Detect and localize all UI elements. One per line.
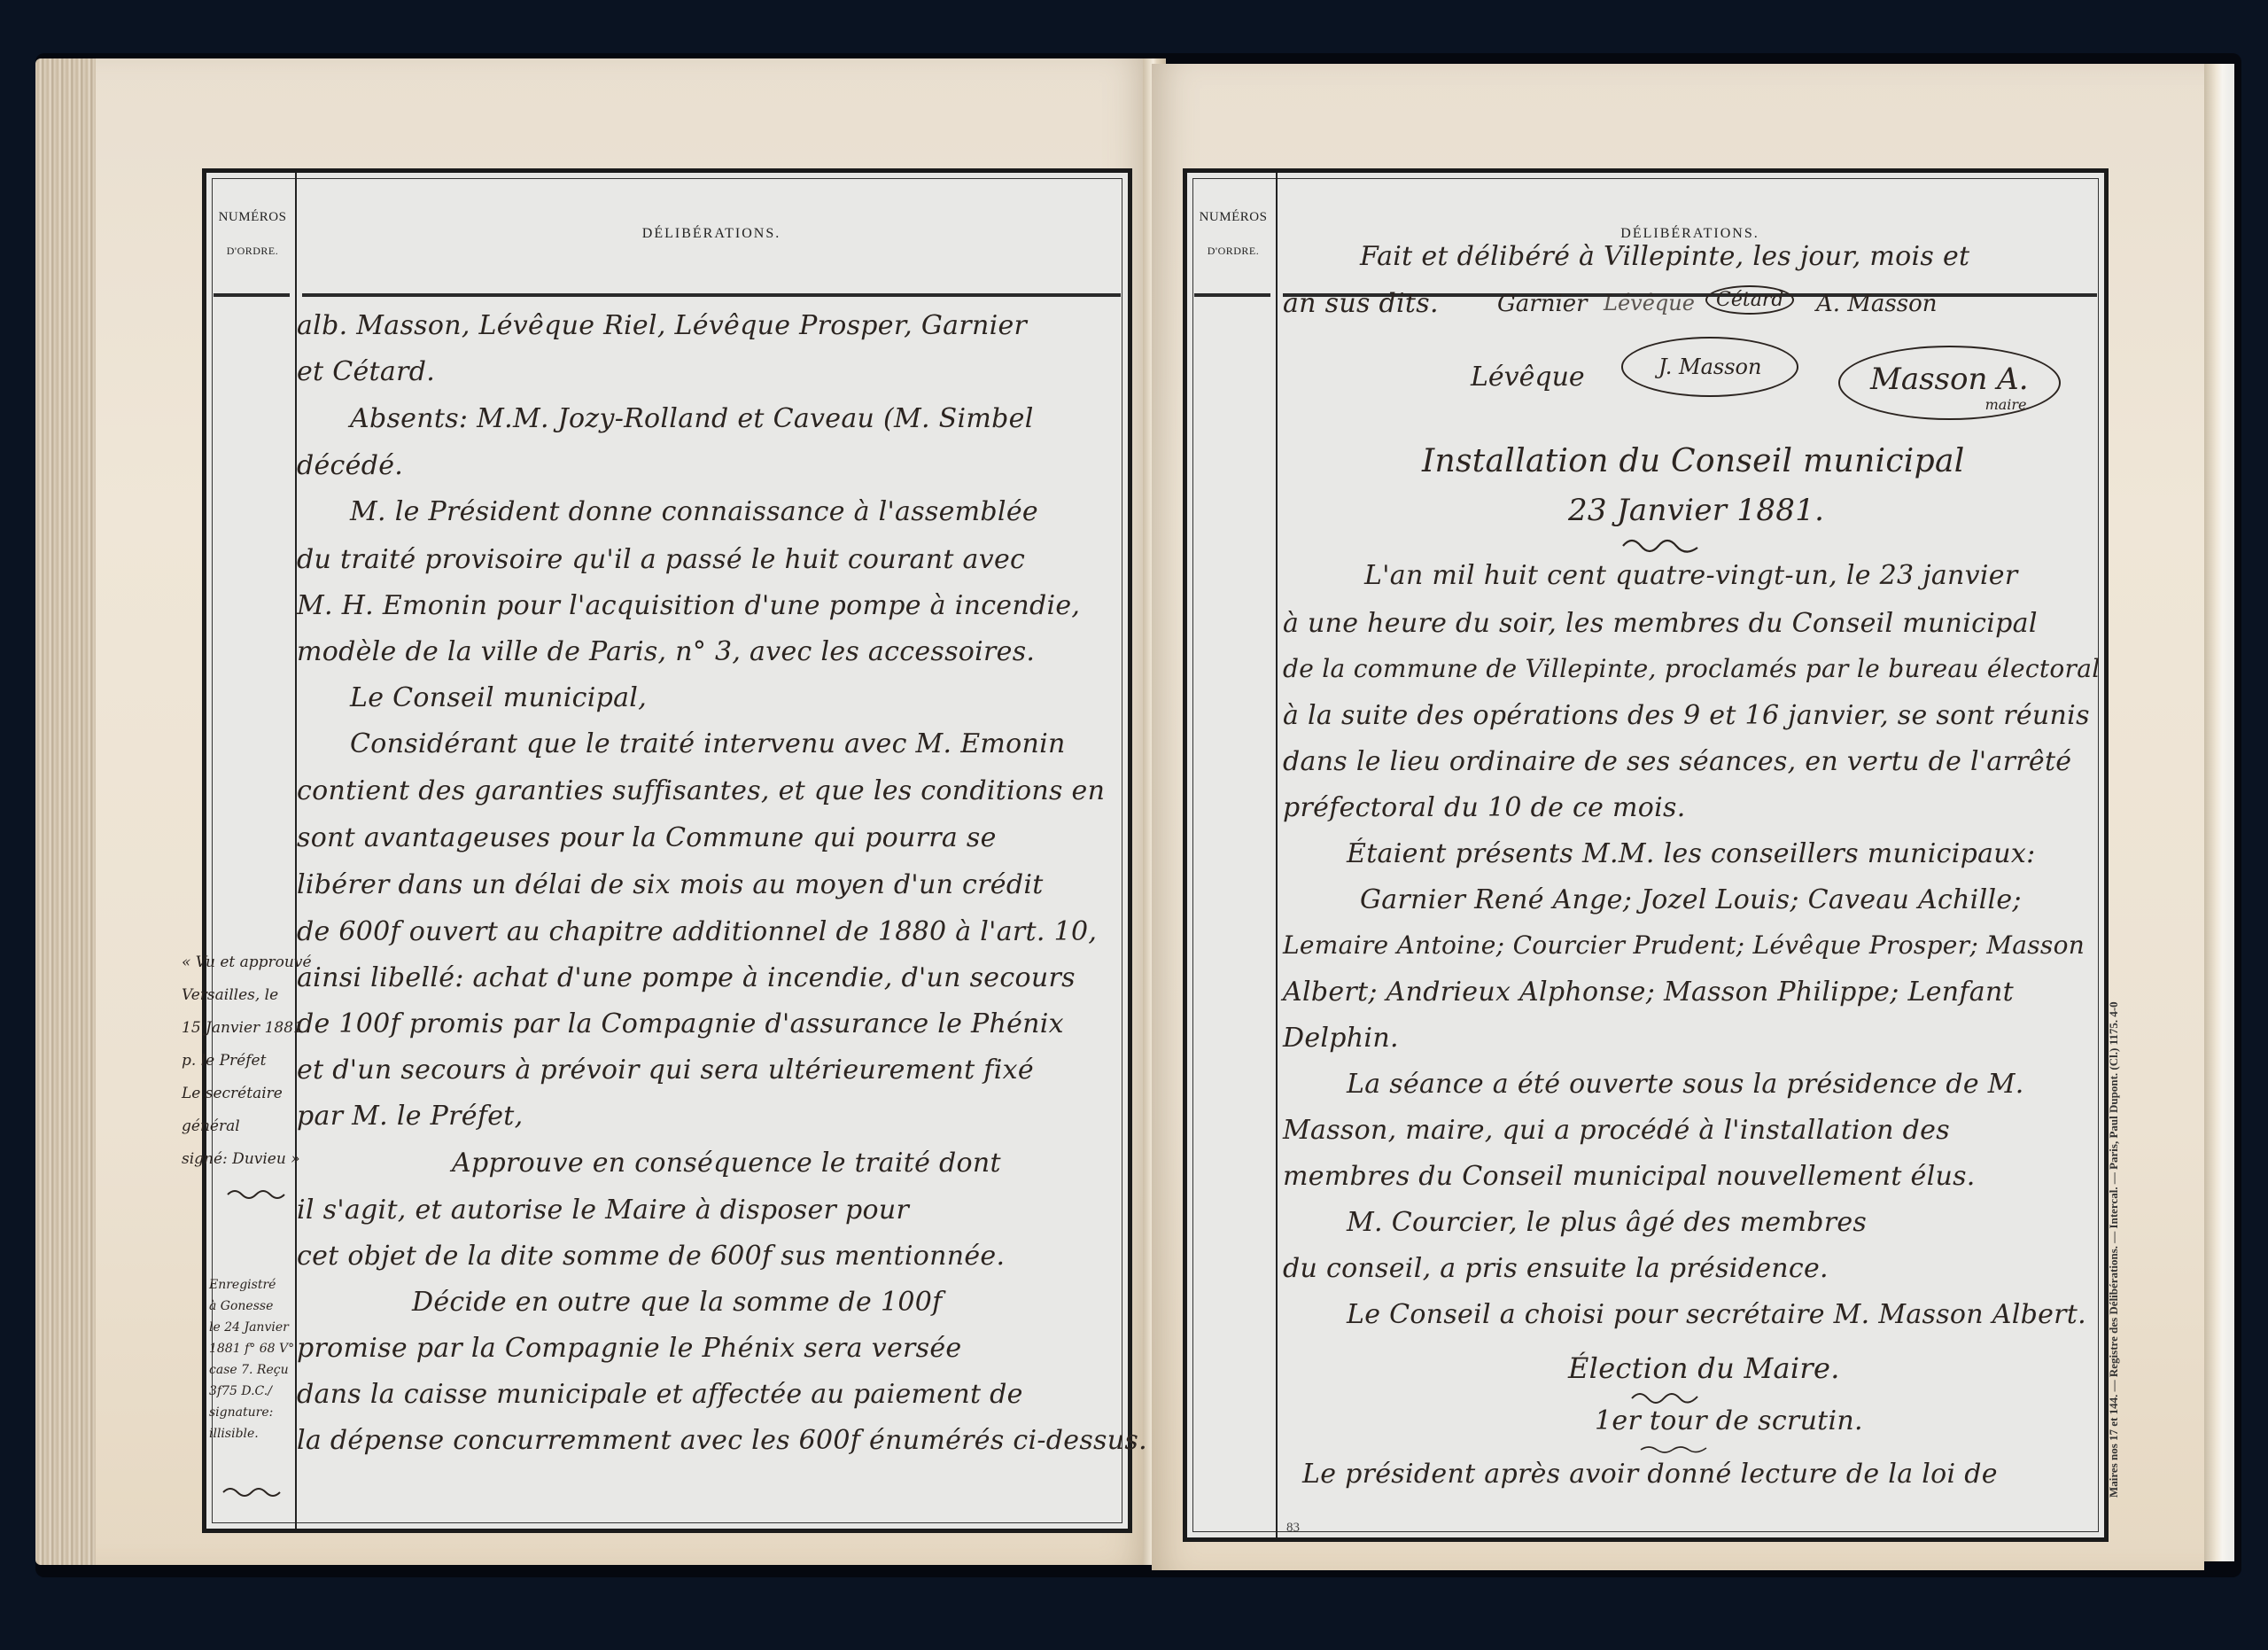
hand-line: il s'agit, et autorise le Maire à dispos… bbox=[297, 1195, 909, 1226]
squiggle-divider bbox=[226, 1187, 288, 1200]
hand-line: Décide en outre que la somme de 100f bbox=[412, 1287, 943, 1318]
hand-line: Masson, maire, qui a procédé à l'install… bbox=[1283, 1115, 1950, 1146]
signature: A. Masson bbox=[1816, 291, 1938, 317]
hand-line: L'an mil huit cent quatre-vingt-un, le 2… bbox=[1364, 560, 2018, 591]
page-number: 83 bbox=[1286, 1521, 1300, 1536]
hand-line: du traité provisoire qu'il a passé le hu… bbox=[297, 544, 1025, 575]
closing-line: Fait et délibéré à Villepinte, les jour,… bbox=[1360, 241, 1969, 272]
hand-line: modèle de la ville de Paris, n° 3, avec … bbox=[297, 636, 1035, 667]
hand-line: de 600f ouvert au chapitre additionnel d… bbox=[297, 916, 1097, 947]
squiggle-divider bbox=[1621, 533, 1701, 553]
hand-line: promise par la Compagnie le Phénix sera … bbox=[297, 1333, 961, 1364]
hand-line: M. Courcier, le plus âgé des membres bbox=[1347, 1207, 1867, 1238]
squiggle-divider bbox=[1639, 1443, 1710, 1453]
numeros-column-divider bbox=[1276, 173, 1278, 1537]
hand-line: du conseil, a pris ensuite la présidence… bbox=[1283, 1253, 1829, 1284]
page-edges-right bbox=[2204, 64, 2234, 1561]
hand-line: dans la caisse municipale et affectée au… bbox=[297, 1379, 1023, 1410]
mayor-signature: Masson A. maire bbox=[1838, 346, 2061, 420]
hand-line: Delphin. bbox=[1283, 1023, 1399, 1054]
hand-line: Étaient présents M.M. les conseillers mu… bbox=[1347, 838, 2036, 869]
hand-line: par M. le Préfet, bbox=[297, 1101, 523, 1132]
section-date: 23 Janvier 1881. bbox=[1568, 493, 1824, 528]
signature: Cétard bbox=[1705, 285, 1794, 315]
deliberations-header: DÉLIBÉRATIONS. bbox=[295, 226, 1128, 242]
hand-line: et Cétard. bbox=[297, 356, 435, 387]
hand-line: de la commune de Villepinte, proclamés p… bbox=[1283, 654, 2101, 683]
hand-line: dans le lieu ordinaire de ses séances, e… bbox=[1283, 746, 2071, 777]
hand-line: Le président après avoir donné lecture d… bbox=[1302, 1459, 1998, 1490]
numeros-header: NUMÉROS D'ORDRE. bbox=[1192, 210, 1274, 258]
numeros-header: NUMÉROS D'ORDRE. bbox=[212, 210, 293, 258]
header-rule bbox=[1194, 293, 1270, 297]
hand-line: la dépense concurremment avec les 600f é… bbox=[297, 1425, 1147, 1456]
hand-line: contient des garanties suffisantes, et q… bbox=[297, 775, 1105, 806]
hand-line: sont avantageuses pour la Commune qui po… bbox=[297, 822, 997, 853]
signature: Garnier bbox=[1497, 291, 1588, 317]
hand-line: préfectoral du 10 de ce mois. bbox=[1283, 792, 1686, 823]
deliberations-header: DÉLIBÉRATIONS. bbox=[1276, 226, 2104, 242]
hand-line: Le Conseil a choisi pour secrétaire M. M… bbox=[1347, 1299, 2086, 1330]
hand-line: La séance a été ouverte sous la présiden… bbox=[1347, 1069, 2024, 1100]
hand-line: membres du Conseil municipal nouvellemen… bbox=[1283, 1161, 1976, 1192]
hand-line: Garnier René Ange; Jozel Louis; Caveau A… bbox=[1360, 884, 2022, 915]
squiggle-divider bbox=[221, 1485, 283, 1498]
hand-line: Absents: M.M. Jozy-Rolland et Caveau (M.… bbox=[350, 403, 1034, 434]
hand-line: libérer dans un délai de six mois au moy… bbox=[297, 869, 1044, 900]
signature: Lévêque bbox=[1604, 291, 1695, 315]
hand-line: Lemaire Antoine; Courcier Prudent; Lévêq… bbox=[1283, 930, 2085, 960]
printer-imprint: Maires nos 17 et 144. — Registre des Dél… bbox=[2107, 1001, 2121, 1498]
hand-line: Approuve en conséquence le traité dont bbox=[452, 1148, 1001, 1179]
hand-line: ainsi libellé: achat d'une pompe à incen… bbox=[297, 962, 1076, 993]
squiggle-divider bbox=[1630, 1388, 1701, 1404]
ballot-round-title: 1er tour de scrutin. bbox=[1595, 1405, 1863, 1436]
hand-line: M. le Président donne connaissance à l'a… bbox=[350, 496, 1038, 527]
hand-line: de 100f promis par la Compagnie d'assura… bbox=[297, 1008, 1064, 1039]
hand-line: décédé. bbox=[297, 450, 403, 481]
hand-line: à une heure du soir, les membres du Cons… bbox=[1283, 608, 2038, 639]
hand-line: cet objet de la dite somme de 600f sus m… bbox=[297, 1241, 1005, 1272]
hand-line: et d'un secours à prévoir qui sera ultér… bbox=[297, 1055, 1034, 1086]
header-rule bbox=[302, 293, 1121, 297]
signature: J. Masson bbox=[1621, 337, 1798, 397]
hand-line: Le Conseil municipal, bbox=[350, 682, 647, 713]
signature: Lévêque bbox=[1471, 362, 1585, 393]
hand-line: alb. Masson, Lévêque Riel, Lévêque Prosp… bbox=[297, 310, 1027, 341]
hand-line: M. H. Emonin pour l'acquisition d'une po… bbox=[297, 590, 1080, 621]
registration-margin-note: Enregistré à Gonesse le 24 Janvier 1881 … bbox=[209, 1274, 294, 1444]
hand-line: Considérant que le traité intervenu avec… bbox=[350, 728, 1066, 759]
election-title: Élection du Maire. bbox=[1568, 1351, 1840, 1385]
section-title: Installation du Conseil municipal bbox=[1422, 443, 1965, 479]
approval-margin-note: « Vu et approuvé Versailles, le 15 Janvi… bbox=[182, 946, 312, 1176]
header-rule bbox=[214, 293, 290, 297]
hand-line: à la suite des opérations des 9 et 16 ja… bbox=[1283, 700, 2090, 731]
closing-line: an sus dits. bbox=[1283, 288, 1439, 319]
hand-line: Albert; Andrieux Alphonse; Masson Philip… bbox=[1283, 977, 2014, 1008]
